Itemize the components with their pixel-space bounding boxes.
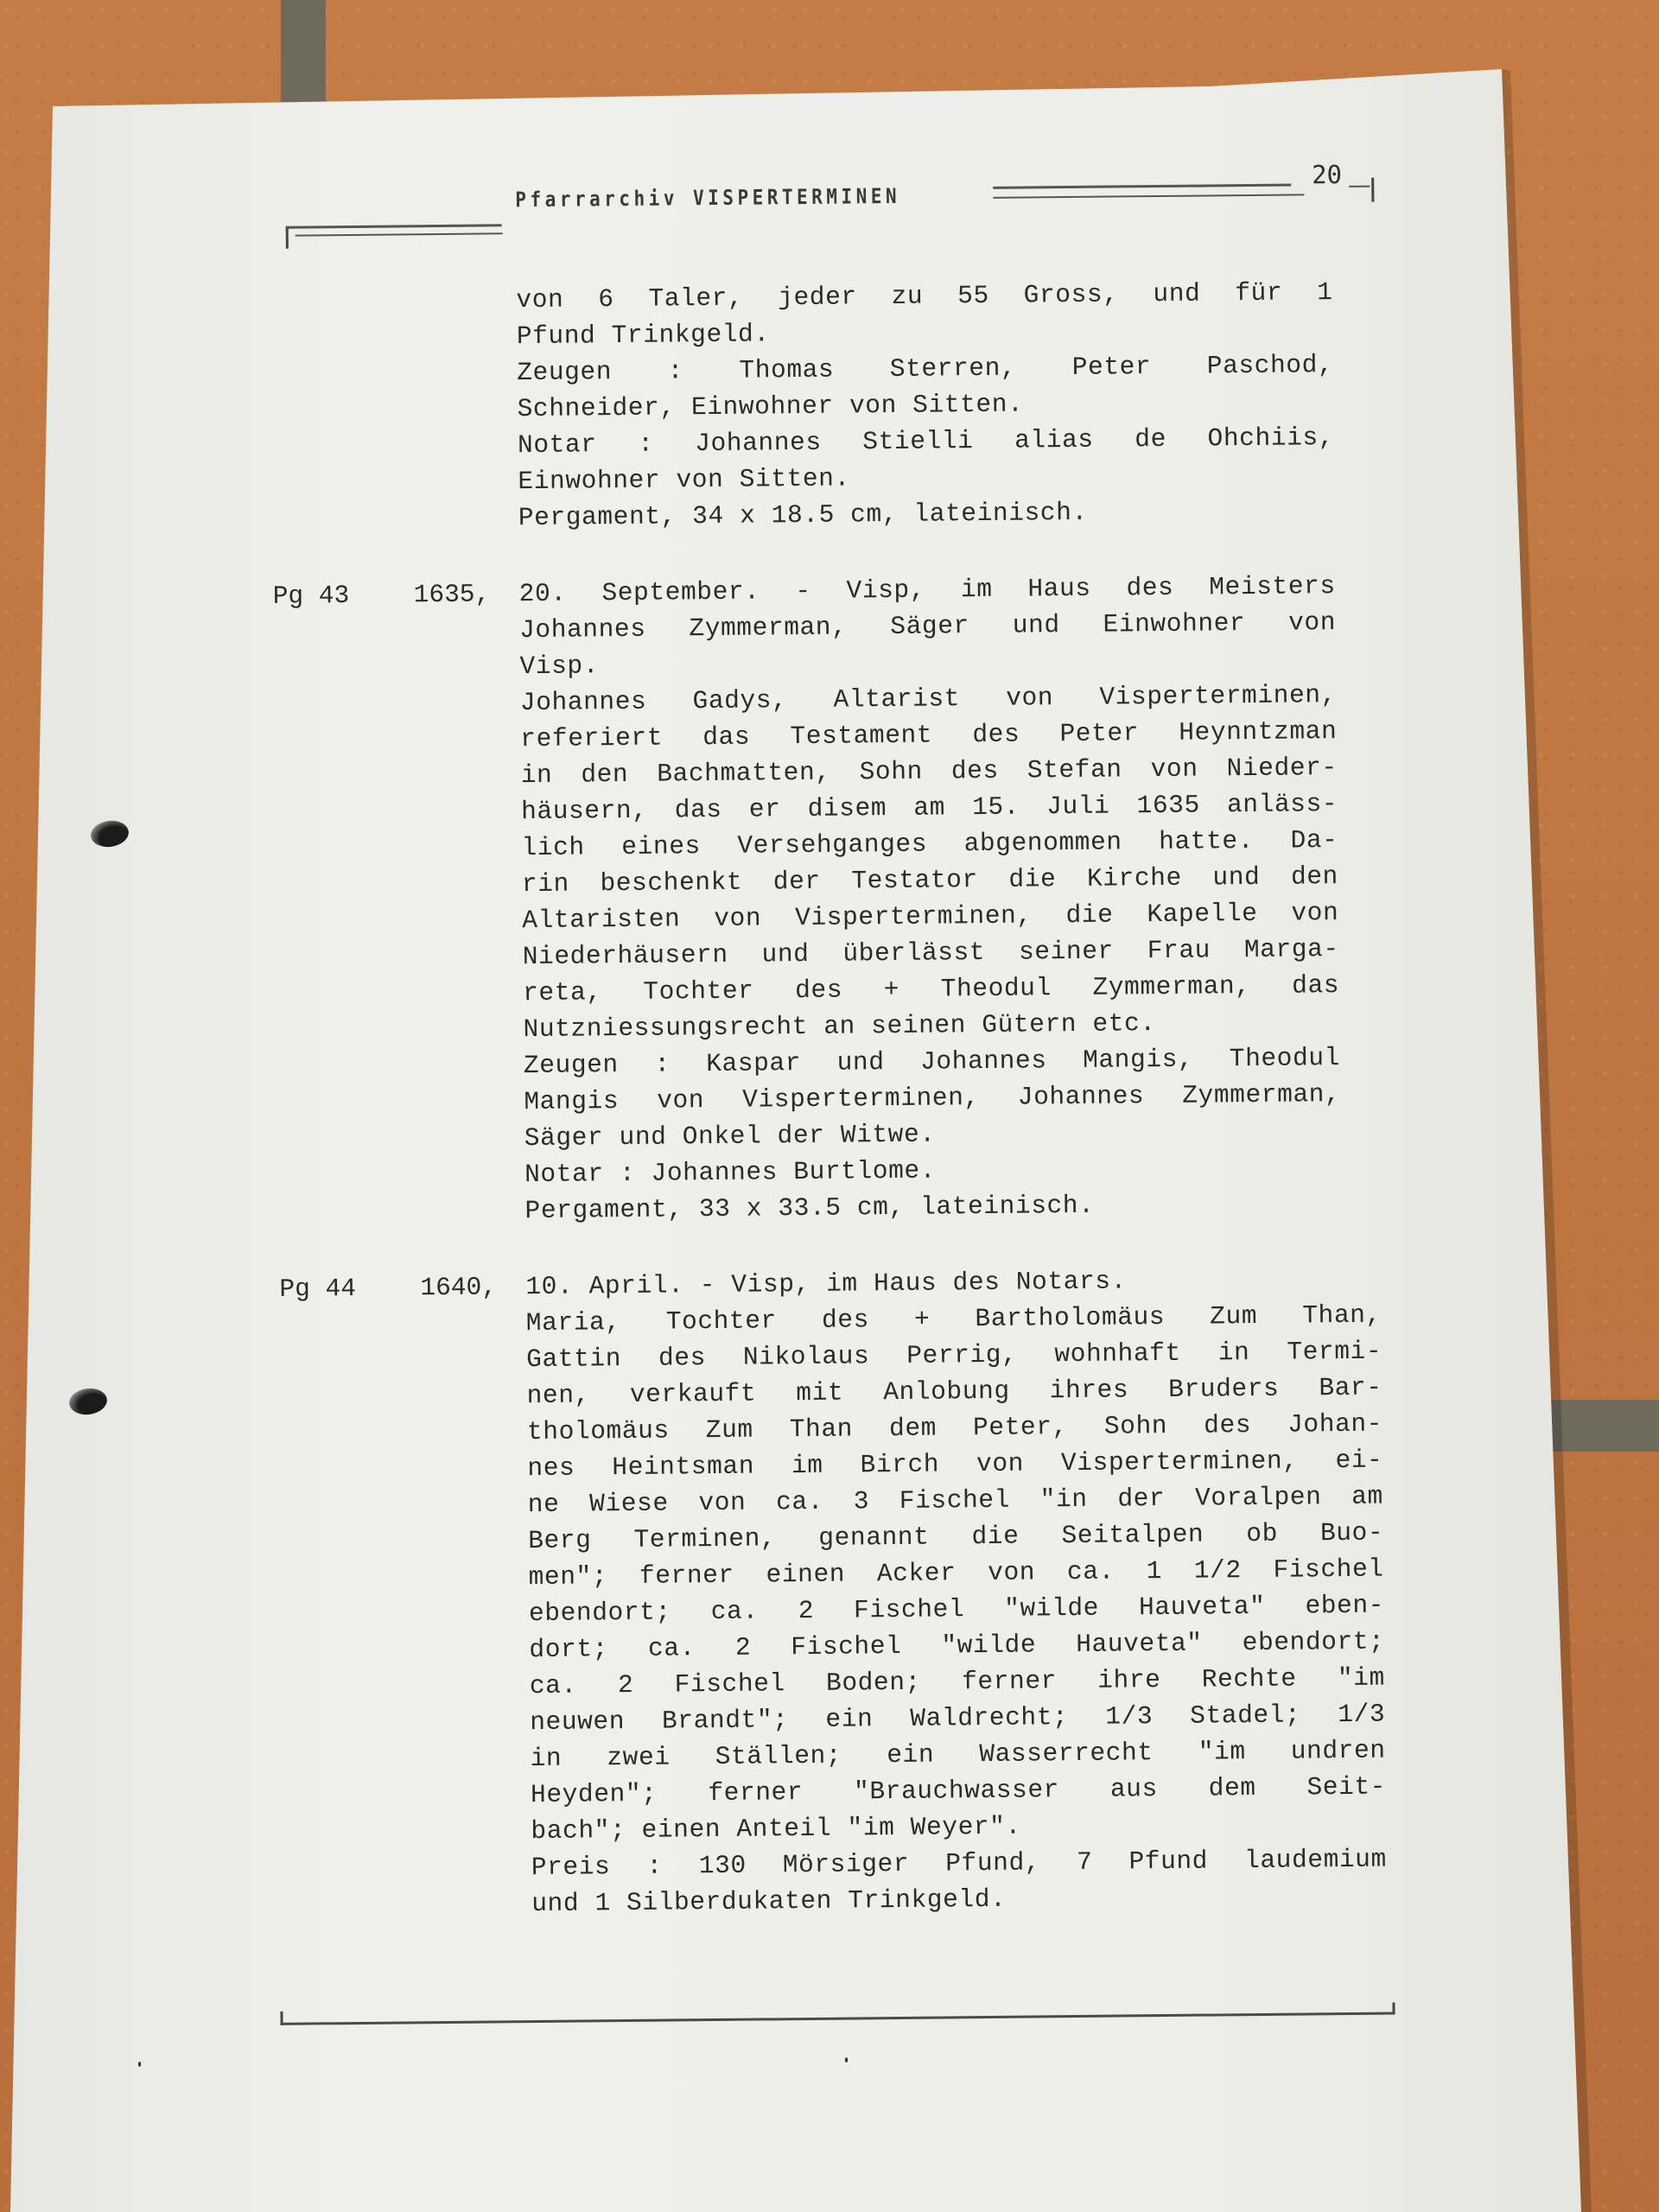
entry-year: 1640, — [420, 1272, 497, 1302]
text-line: Notar : Johannes Stielli alias de Ohchii… — [518, 423, 1334, 460]
text-line: rin beschenkt der Testator die Kirche un… — [522, 861, 1338, 899]
page-footer — [0, 0, 1656, 3]
text-line: Mangis von Visperterminen, Johannes Zymm… — [524, 1079, 1340, 1116]
text-line: bach"; einen Anteil "im Weyer". — [531, 1812, 1021, 1846]
text-line: ca. 2 Fischel Boden; ferner ihre Rechte … — [530, 1663, 1385, 1701]
text-line: Niederhäusern und überlässt seiner Frau … — [523, 934, 1339, 971]
text-line: häusern, das er disem am 15. Juli 1635 a… — [521, 789, 1338, 826]
page-number: 20 — [1312, 160, 1342, 189]
paper-speck — [138, 2062, 141, 2066]
text-line: Preis : 130 Mörsiger Pfund, 7 Pfund laud… — [531, 1845, 1387, 1883]
text-line: Schneider, Einwohner von Sitten. — [518, 390, 1024, 424]
entry-id: Pg 43 — [273, 581, 350, 611]
text-line: Pergament, 33 x 33.5 cm, lateinisch. — [524, 1191, 1094, 1225]
entry-pg-44: Pg 44 1640, 10. April. - Visp, im Haus d… — [0, 0, 1656, 3]
header-rule-right-lower — [993, 194, 1304, 198]
text-line: Johannes Zymmerman, Säger und Einwohner … — [519, 607, 1336, 645]
text-line: Maria, Tochter des + Bartholomäus Zum Th… — [526, 1300, 1382, 1338]
text-line: Pfund Trinkgeld. — [517, 319, 770, 351]
header-rule-left-lower — [296, 232, 503, 236]
text-line: Visp. — [519, 651, 599, 681]
text-line: Säger und Onkel der Witwe. — [524, 1120, 936, 1154]
text-line: nen, verkauft mit Anlobung ihres Bruders… — [526, 1373, 1382, 1411]
text-line: Berg Terminen, genannt die Seitalpen ob … — [528, 1518, 1383, 1556]
text-line: ebendort; ca. 2 Fischel "wilde Hauveta" … — [529, 1591, 1384, 1629]
text-line: Notar : Johannes Burtlome. — [524, 1156, 936, 1190]
text-line: Heyden"; ferner "Brauchwasser aus dem Se… — [531, 1772, 1386, 1810]
entry-pg-43: Pg 43 1635, 20. September. - Visp, im Ha… — [0, 0, 1656, 3]
text-line: men"; ferner einen Acker von ca. 1 1/2 F… — [528, 1554, 1383, 1592]
text-line: in zwei Ställen; ein Wasserrecht "im und… — [531, 1736, 1386, 1774]
text-line: neuwen Brandt"; ein Waldrecht; 1/3 Stade… — [530, 1700, 1385, 1738]
archive-title: Pfarrarchiv VISPERTERMINEN — [515, 184, 900, 212]
text-line: 20. September. - Visp, im Haus des Meist… — [519, 571, 1336, 608]
header-rule-left-upper — [286, 224, 502, 228]
entry-id: Pg 44 — [279, 1274, 356, 1304]
text-line: Zeugen : Thomas Sterren, Peter Paschod, — [517, 350, 1333, 387]
text-line: Nutzniessungsrecht an seinen Gütern etc. — [523, 1008, 1155, 1044]
text-line: referiert das Testament des Peter Heynnt… — [520, 716, 1337, 753]
text-line: in den Bachmatten, Sohn des Stefan von N… — [521, 753, 1338, 790]
footer-right-tick — [1392, 2002, 1395, 2014]
document-page: Pfarrarchiv VISPERTERMINEN 20 von 6 Tale… — [0, 0, 1659, 2212]
text-line: dort; ca. 2 Fischel "wilde Hauveta" eben… — [529, 1627, 1384, 1665]
text-line: ne Wiese von ca. 3 Fischel "in der Voral… — [528, 1482, 1383, 1520]
text-line: und 1 Silberdukaten Trinkgeld. — [531, 1885, 1006, 1918]
text-line: 10. April. - Visp, im Haus des Notars. — [525, 1266, 1127, 1301]
header-rule-right-upper — [993, 184, 1291, 189]
text-line: tholomäus Zum Than dem Peter, Sohn des J… — [527, 1409, 1382, 1447]
entry-year: 1635, — [414, 579, 491, 609]
text-line: Einwohner von Sitten. — [518, 463, 850, 496]
text-line: nes Heintsman im Birch von Vispertermine… — [527, 1446, 1382, 1484]
header-right-tick — [1371, 178, 1374, 202]
text-line: Johannes Gadys, Altarist von Vispertermi… — [520, 680, 1337, 717]
page-number-dash — [1349, 186, 1370, 188]
text-line: von 6 Taler, jeder zu 55 Gross, und für … — [516, 277, 1332, 315]
text-line: Altaristen von Visperterminen, die Kapel… — [522, 898, 1338, 935]
text-line: reta, Tochter des + Theodul Zymmerman, d… — [523, 970, 1339, 1007]
text-line: Pergament, 34 x 18.5 cm, lateinisch. — [518, 498, 1088, 532]
text-line: Zeugen : Kaspar und Johannes Mangis, The… — [524, 1043, 1340, 1080]
text-line: lich eines Versehganges abgenommen hatte… — [521, 825, 1338, 862]
page-header: Pfarrarchiv VISPERTERMINEN 20 — [0, 0, 1656, 3]
continuation-block: von 6 Taler, jeder zu 55 Gross, und für … — [0, 0, 1656, 3]
header-left-tick — [286, 226, 289, 249]
paper-speck — [845, 2058, 848, 2063]
text-line: Gattin des Nikolaus Perrig, wohnhaft in … — [526, 1337, 1382, 1375]
footer-rule — [281, 2012, 1395, 2024]
